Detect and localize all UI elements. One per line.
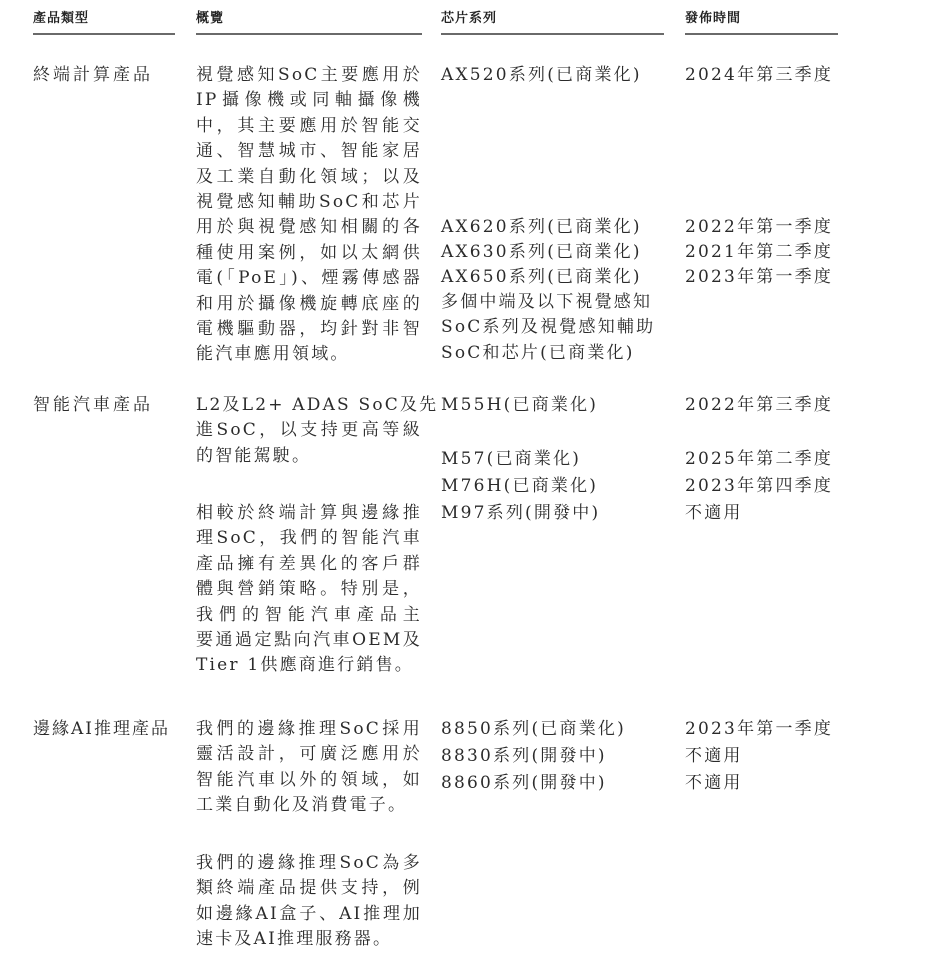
overview-line: 我們的邊緣推理SoC為多	[196, 851, 422, 876]
overview-line: 我們的邊緣推理SoC採用	[196, 717, 422, 742]
overview-line: 和用於攝像機旋轉底座的	[196, 292, 422, 317]
overview-line: IP攝像機或同軸攝像機	[196, 88, 422, 113]
overview-line: 速卡及AI推理服務器。	[196, 927, 422, 952]
overview-line: 體與營銷策略。特別是，	[196, 577, 422, 602]
chip-name: M76H(已商業化)	[441, 474, 598, 499]
chip-name: M97系列(開發中)	[441, 501, 600, 526]
chip-name-line: 多個中端及以下視覺感知	[441, 290, 655, 315]
overview-text: L2及L2+ ADAS SoC及先 進SoC，以支持更高等級 的智能駕駛。	[196, 393, 422, 469]
overview-line: 智能汽車以外的領域，如	[196, 768, 422, 793]
chip-name: AX620系列(已商業化)	[441, 215, 642, 240]
overview-line: 視覺感知輔助SoC和芯片	[196, 190, 422, 215]
column-header-overview: 概覽	[196, 9, 422, 35]
category-label: 智能汽車產品	[33, 393, 153, 418]
overview-line: 類終端產品提供支持，例	[196, 876, 422, 901]
release-date: 不適用	[685, 501, 743, 526]
overview-line: 我們的智能汽車產品主	[196, 603, 422, 628]
chip-name-line: SoC和芯片(已商業化)	[441, 341, 655, 366]
release-date: 2025年第二季度	[685, 447, 833, 472]
overview-line: 的智能駕駛。	[196, 444, 422, 469]
overview-line: 工業自動化及消費電子。	[196, 793, 422, 818]
overview-line: 電機驅動器，均針對非智	[196, 317, 422, 342]
overview-line: 進SoC，以支持更高等級	[196, 418, 422, 443]
overview-line: 能汽車應用領域。	[196, 342, 422, 367]
release-date: 2021年第二季度	[685, 240, 833, 265]
overview-line: 如邊緣AI盒子、AI推理加	[196, 902, 422, 927]
overview-line: 產品擁有差異化的客戶群	[196, 552, 422, 577]
overview-text: 視覺感知SoC主要應用於 IP攝像機或同軸攝像機 中，其主要應用於智能交 通、智…	[196, 63, 422, 368]
overview-line: 中，其主要應用於智能交	[196, 114, 422, 139]
overview-line: L2及L2+ ADAS SoC及先	[196, 393, 422, 418]
column-header-chip-series: 芯片系列	[441, 9, 664, 35]
chip-name: AX520系列(已商業化)	[441, 63, 642, 88]
overview-text: 相較於終端計算與邊緣推 理SoC，我們的智能汽車 產品擁有差異化的客戶群 體與營…	[196, 501, 422, 679]
chip-name-line: SoC系列及視覺感知輔助	[441, 315, 655, 340]
overview-text: 我們的邊緣推理SoC為多 類終端產品提供支持，例 如邊緣AI盒子、AI推理加 速…	[196, 851, 422, 953]
chip-name: 8860系列(開發中)	[441, 771, 607, 796]
category-label: 邊緣AI推理產品	[33, 717, 170, 742]
chip-name-multiline: 多個中端及以下視覺感知 SoC系列及視覺感知輔助 SoC和芯片(已商業化)	[441, 290, 655, 366]
overview-line: 要通過定點向汽車OEM及	[196, 628, 422, 653]
overview-line: 靈活設計，可廣泛應用於	[196, 742, 422, 767]
overview-line: 及工業自動化領域；以及	[196, 165, 422, 190]
release-date: 2023年第一季度	[685, 265, 833, 290]
category-label: 終端計算產品	[33, 63, 153, 88]
release-date: 2022年第一季度	[685, 215, 833, 240]
chip-name: M55H(已商業化)	[441, 393, 598, 418]
overview-line: 通、智慧城市、智能家居	[196, 139, 422, 164]
release-date: 不適用	[685, 744, 743, 769]
overview-text: 我們的邊緣推理SoC採用 靈活設計，可廣泛應用於 智能汽車以外的領域，如 工業自…	[196, 717, 422, 819]
chip-name: 8830系列(開發中)	[441, 744, 607, 769]
release-date: 不適用	[685, 771, 743, 796]
chip-name: AX630系列(已商業化)	[441, 240, 642, 265]
release-date: 2024年第三季度	[685, 63, 833, 88]
chip-name: AX650系列(已商業化)	[441, 265, 642, 290]
overview-line: 相較於終端計算與邊緣推	[196, 501, 422, 526]
overview-line: 視覺感知SoC主要應用於	[196, 63, 422, 88]
release-date: 2022年第三季度	[685, 393, 833, 418]
overview-line: Tier 1供應商進行銷售。	[196, 653, 422, 678]
chip-name: M57(已商業化)	[441, 447, 581, 472]
overview-line: 用於與視覺感知相關的各	[196, 215, 422, 240]
overview-line: 種使用案例，如以太網供	[196, 241, 422, 266]
column-header-product-type: 產品類型	[33, 9, 175, 35]
release-date: 2023年第一季度	[685, 717, 833, 742]
chip-name: 8850系列(已商業化)	[441, 717, 626, 742]
column-header-release-time: 發佈時間	[685, 9, 838, 35]
overview-line: 理SoC，我們的智能汽車	[196, 526, 422, 551]
overview-line: 電(「PoE」)、煙霧傳感器	[196, 266, 422, 291]
release-date: 2023年第四季度	[685, 474, 833, 499]
